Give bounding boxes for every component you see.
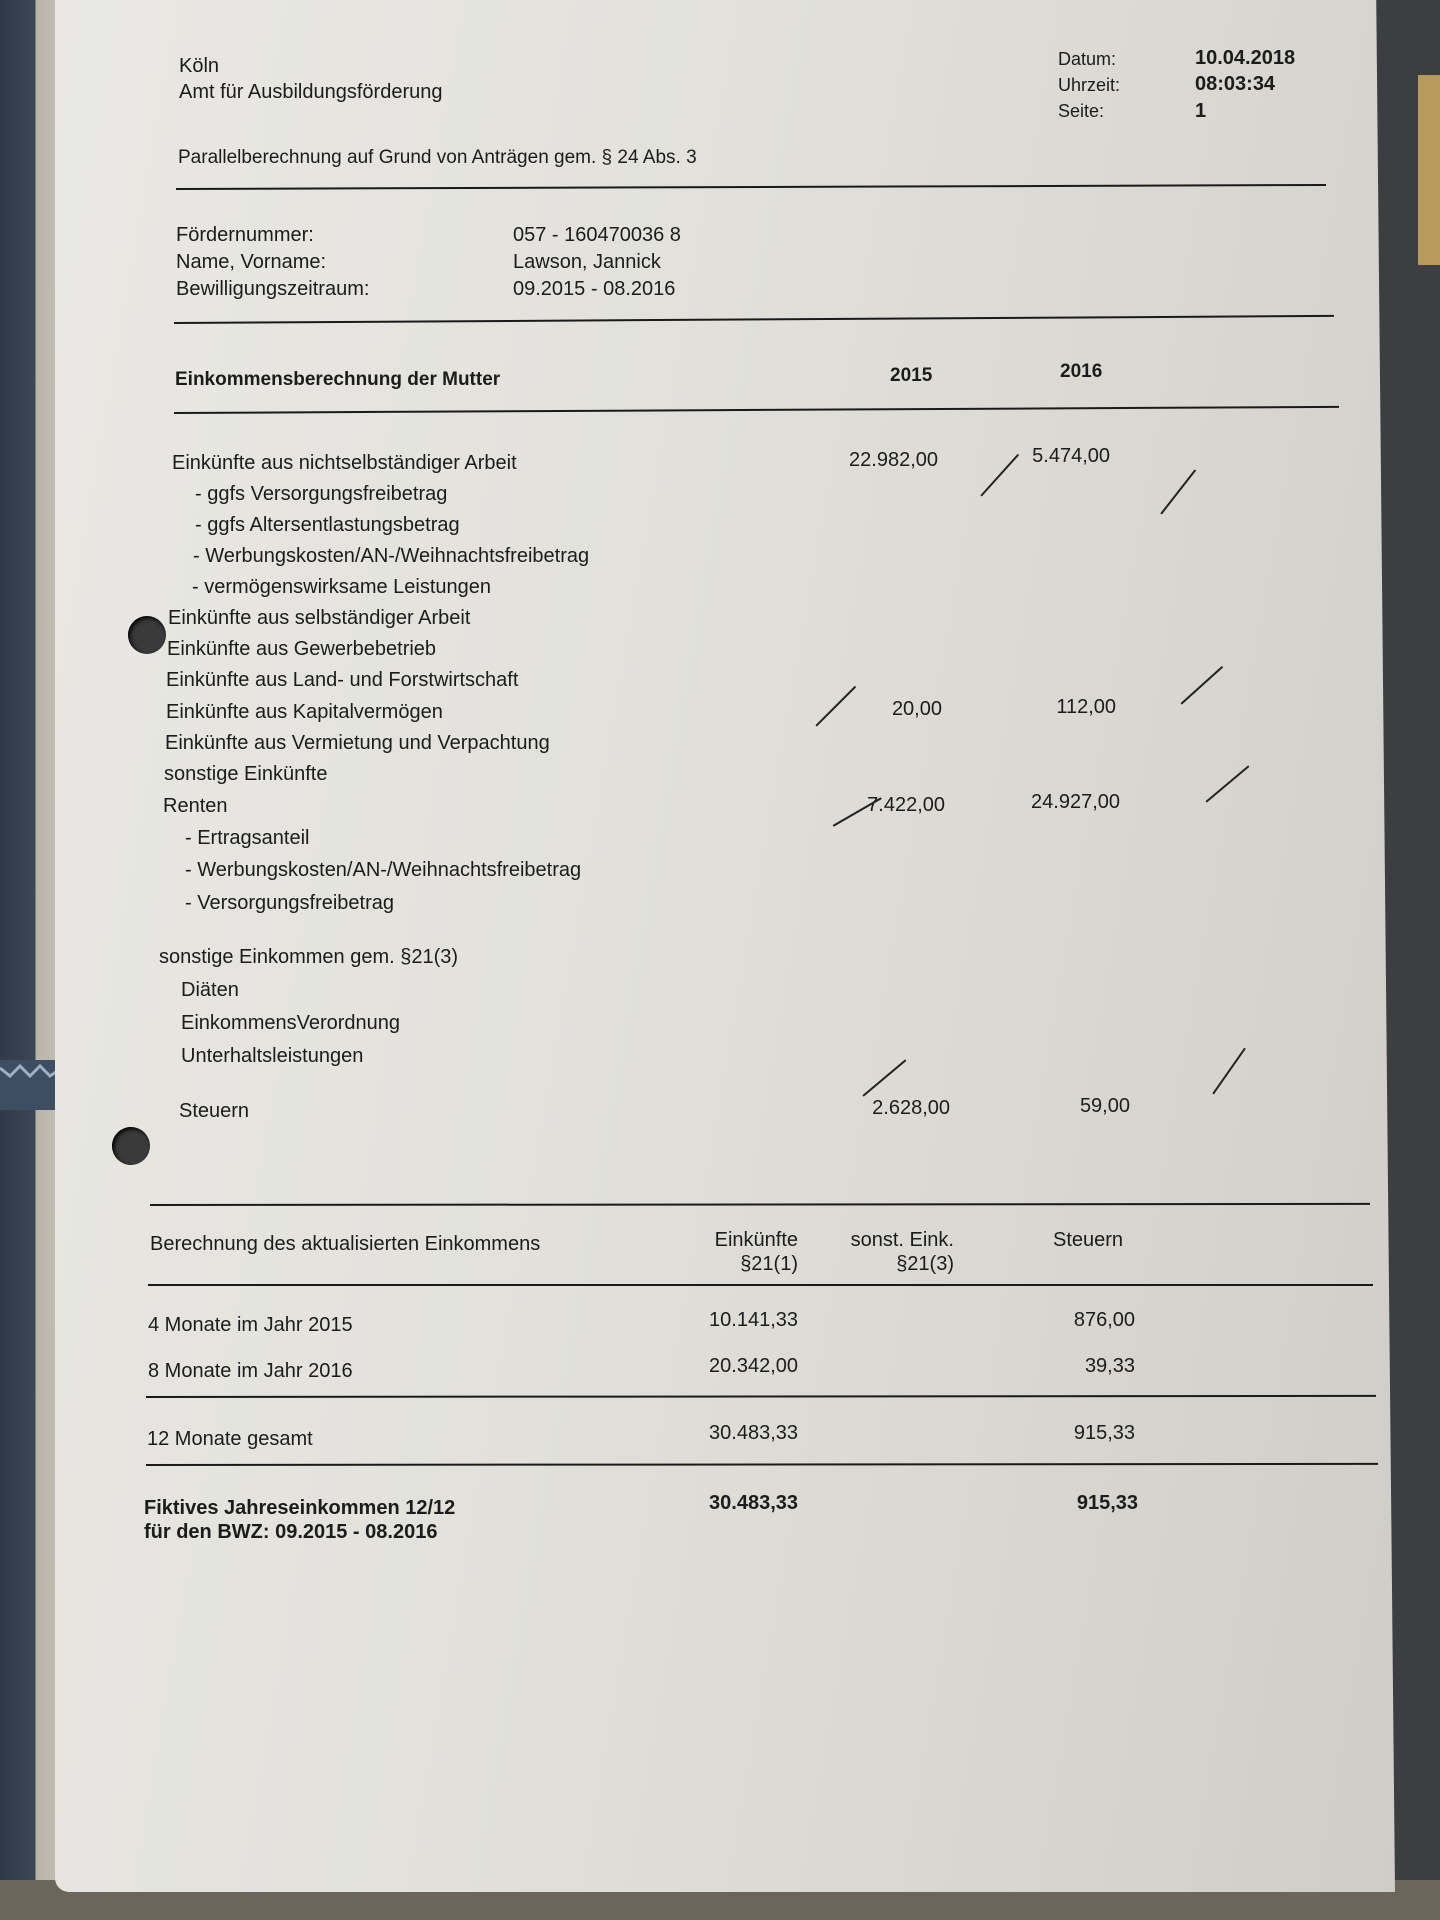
time-label: Uhrzeit:: [1058, 73, 1120, 97]
row-2016-income: 20.342,00: [650, 1354, 798, 1378]
row-2016-label: 8 Monate im Jahr 2016: [148, 1359, 353, 1383]
income-row-label: Einkünfte aus nichtselbständiger Arbeit: [172, 451, 517, 475]
income-row-label: - Werbungskosten/AN-/Weihnachtsfreibetra…: [193, 544, 589, 568]
final-label-line1: Fiktives Jahreseinkommen 12/12: [144, 1496, 455, 1520]
income-section-title: Einkommensberechnung der Mutter: [175, 368, 500, 392]
punch-hole-lower: [112, 1127, 150, 1165]
approval-period-value: 09.2015 - 08.2016: [513, 277, 675, 301]
income-row-label: - Versorgungsfreibetrag: [185, 891, 394, 915]
income-row-value-2015: 22.982,00: [788, 448, 938, 472]
issuer-city: Köln: [179, 54, 219, 78]
income-row-label: EinkommensVerordnung: [181, 1011, 400, 1035]
total-income: 30.483,33: [650, 1421, 798, 1445]
update-section-title: Berechnung des aktualisierten Einkommens: [150, 1232, 540, 1256]
income-row-label: Einkünfte aus Land- und Forstwirtschaft: [166, 668, 518, 692]
column-header-other-line2: §21(3): [830, 1252, 954, 1276]
income-row-label: Einkünfte aus Vermietung und Verpachtung: [165, 731, 550, 755]
income-row-value-2016: 59,00: [980, 1094, 1130, 1118]
income-row-value-2016: 112,00: [966, 695, 1116, 719]
background-folder-strip: [1418, 75, 1440, 265]
column-header-income-line2: §21(1): [690, 1252, 798, 1276]
time-value: 08:03:34: [1195, 72, 1275, 96]
final-label-line2: für den BWZ: 09.2015 - 08.2016: [144, 1520, 437, 1544]
row-2015-income: 10.141,33: [650, 1308, 798, 1332]
income-row-label: Einkünfte aus Gewerbebetrieb: [167, 637, 436, 661]
document-subject: Parallelberechnung auf Grund von Anträge…: [178, 146, 697, 170]
punch-hole-upper: [128, 616, 166, 654]
row-2015-label: 4 Monate im Jahr 2015: [148, 1313, 353, 1337]
income-row-label: - ggfs Altersentlastungsbetrag: [195, 513, 460, 537]
final-income: 30.483,33: [650, 1491, 798, 1515]
income-row-label: Einkünfte aus Kapitalvermögen: [166, 700, 443, 724]
income-row-value-2015: 20,00: [792, 697, 942, 721]
page-value: 1: [1195, 99, 1206, 123]
divider: [148, 1284, 1373, 1286]
date-value: 10.04.2018: [1195, 46, 1295, 70]
income-row-label: - Ertragsanteil: [185, 826, 310, 850]
income-row-value-2016: 5.474,00: [960, 444, 1110, 468]
issuer-office: Amt für Ausbildungsförderung: [179, 80, 443, 104]
date-label: Datum:: [1058, 47, 1116, 71]
approval-period-label: Bewilligungszeitraum:: [176, 277, 369, 301]
income-row-label: - Werbungskosten/AN-/Weihnachtsfreibetra…: [185, 858, 581, 882]
column-header-other-line1: sonst. Eink.: [830, 1228, 954, 1252]
income-row-label: Renten: [163, 794, 228, 818]
income-row-label: Unterhaltsleistungen: [181, 1044, 363, 1068]
final-tax: 915,33: [1000, 1491, 1138, 1515]
column-header-tax: Steuern: [1053, 1228, 1123, 1252]
column-header-2015: 2015: [890, 364, 932, 388]
funding-number-value: 057 - 160470036 8: [513, 223, 681, 247]
page-label: Seite:: [1058, 99, 1104, 123]
income-row-label: - vermögenswirksame Leistungen: [192, 575, 491, 599]
binder-zigzag-edge: [0, 1062, 62, 1082]
income-row-label: sonstige Einkünfte: [164, 762, 327, 786]
income-row-label: Steuern: [179, 1099, 249, 1123]
income-row-value-2016: 24.927,00: [970, 790, 1120, 814]
row-2015-tax: 876,00: [1000, 1308, 1135, 1332]
column-header-income-line1: Einkünfte: [690, 1228, 798, 1252]
funding-number-label: Fördernummer:: [176, 223, 314, 247]
column-header-2016: 2016: [1060, 360, 1102, 384]
income-row-label: Einkünfte aus selbständiger Arbeit: [168, 606, 470, 630]
name-label: Name, Vorname:: [176, 250, 326, 274]
income-row-label: - ggfs Versorgungsfreibetrag: [195, 482, 447, 506]
name-value: Lawson, Jannick: [513, 250, 661, 274]
income-row-label: Diäten: [181, 978, 239, 1002]
row-2016-tax: 39,33: [1000, 1354, 1135, 1378]
income-row-value-2015: 2.628,00: [800, 1096, 950, 1120]
income-row-label: sonstige Einkommen gem. §21(3): [159, 945, 458, 969]
total-label: 12 Monate gesamt: [147, 1427, 313, 1451]
total-tax: 915,33: [1000, 1421, 1135, 1445]
